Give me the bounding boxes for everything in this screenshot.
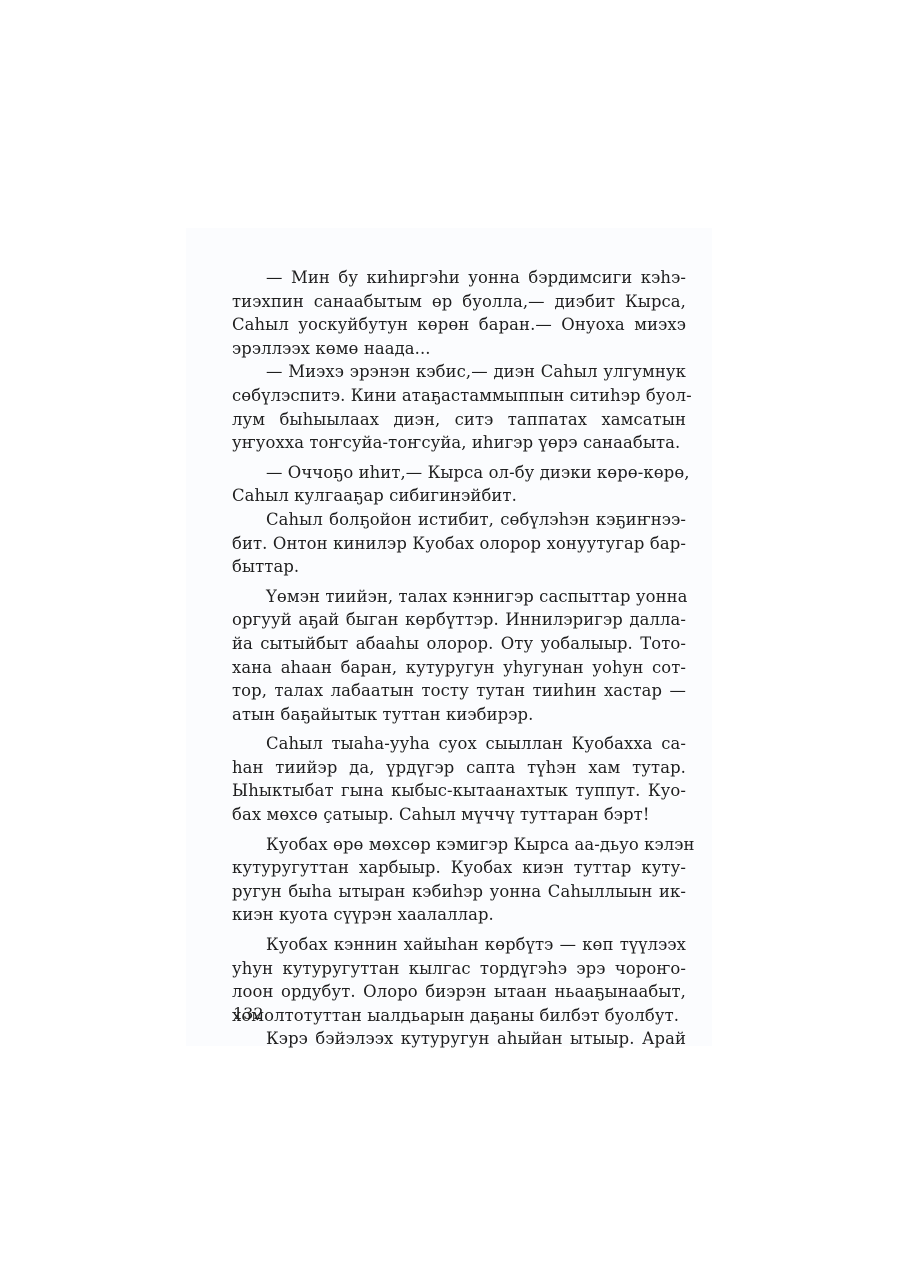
paragraph: — Оччоҕо иһит,— Кырса ол-бу диэки көрө-к… [232,461,686,508]
text-line: хана аһаан баран, кутуругун уһугунан уоһ… [232,656,686,680]
text-line: Саһыл болҕойон истибит, сөбүлэһэн кэҕиҥн… [232,508,686,532]
text-line: лоон ордубут. Олоро биэрэн ытаан ньааҕын… [232,980,686,1004]
text-line: эрэллээх көмө наада... [232,337,686,361]
text-line: киэн куота сүүрэн хаалаллар. [232,903,686,927]
text-line: Үөмэн тиийэн, талах кэннигэр саспыттар у… [232,585,686,609]
text-line: Ыһыктыбат гына кыбыс-кытаанахтык туппут.… [232,779,686,803]
paragraph: Саһыл болҕойон истибит, сөбүлэһэн кэҕиҥн… [232,508,686,579]
paragraph: — Миэхэ эрэнэн кэбис,— диэн Саһыл улгумн… [232,360,686,454]
text-line: һан тиийэр да, үрдүгэр сапта түһэн хам т… [232,756,686,780]
paragraph: Куобах кэннин хайыһан көрбүтэ — көп түүл… [232,933,686,1027]
paragraph: — Мин бу киһиргэһи уонна бэрдимсиги кэһэ… [232,266,686,360]
paragraph: Саһыл тыаһа-ууһа суох сыыллан Куобахха с… [232,732,686,826]
text-line: тор, талах лабаатын тосту тутан тииһин х… [232,679,686,703]
text-line: йа сытыйбыт абааһы олорор. Оту уобалыыр.… [232,632,686,656]
text-line: уһун кутуругуттан кылгас тордүгэһэ эрэ ч… [232,957,686,981]
text-line: — Миэхэ эрэнэн кэбис,— диэн Саһыл улгумн… [232,360,686,384]
text-line: тиэхпин санаабытым өр буолла,— диэбит Кы… [232,290,686,314]
text-line: оргууй аҕай быган көрбүттэр. Иннилэригэр… [232,608,686,632]
text-line: Саһыл кулгааҕар сибигинэйбит. [232,484,686,508]
text-line: — Оччоҕо иһит,— Кырса ол-бу диэки көрө-к… [232,461,686,485]
text-line: Саһыл уоскуйбутун көрөн баран.— Онуоха м… [232,313,686,337]
text-line: ругун быһа ытыран кэбиһэр уонна Саһыллыы… [232,880,686,904]
text-line: бах мөхсө ҫатыыр. Саһыл мүччү туттаран б… [232,803,686,827]
paragraph: Куобах өрө мөхсөр кэмигэр Кырса аа-дьуо … [232,833,686,927]
text-line: Куобах кэннин хайыһан көрбүтэ — көп түүл… [232,933,686,957]
text-line: сөбүлэспитэ. Кини атаҕастаммыппын ситиһэ… [232,384,686,408]
text-line: Кэрэ бэйэлээх кутуругун аһыйан ытыыр. Ар… [232,1027,686,1051]
page-number: 132 [233,1004,264,1023]
text-line: атын баҕайытык туттан киэбирэр. [232,703,686,727]
text-line: Саһыл тыаһа-ууһа суох сыыллан Куобахха с… [232,732,686,756]
page-body-text: — Мин бу киһиргэһи уонна бэрдимсиги кэһэ… [232,266,686,1051]
text-line: лум быһыылаах диэн, ситэ таппатах хамсат… [232,408,686,432]
text-line: уҥуохха тоҥсуйа-тоҥсуйа, иһигэр үөрэ сан… [232,431,686,455]
text-line: бит. Онтон кинилэр Куобах олорор хонууту… [232,532,686,556]
text-line: кутуругуттан харбыыр. Куобах киэн туттар… [232,856,686,880]
text-line: быттар. [232,555,686,579]
text-line: — Мин бу киһиргэһи уонна бэрдимсиги кэһэ… [232,266,686,290]
paragraph: Кэрэ бэйэлээх кутуругун аһыйан ытыыр. Ар… [232,1027,686,1051]
text-line: хомолтотуттан ыалдьарын даҕаны билбэт бу… [232,1004,686,1028]
paragraph: Үөмэн тиийэн, талах кэннигэр саспыттар у… [232,585,686,727]
text-line: Куобах өрө мөхсөр кэмигэр Кырса аа-дьуо … [232,833,686,857]
